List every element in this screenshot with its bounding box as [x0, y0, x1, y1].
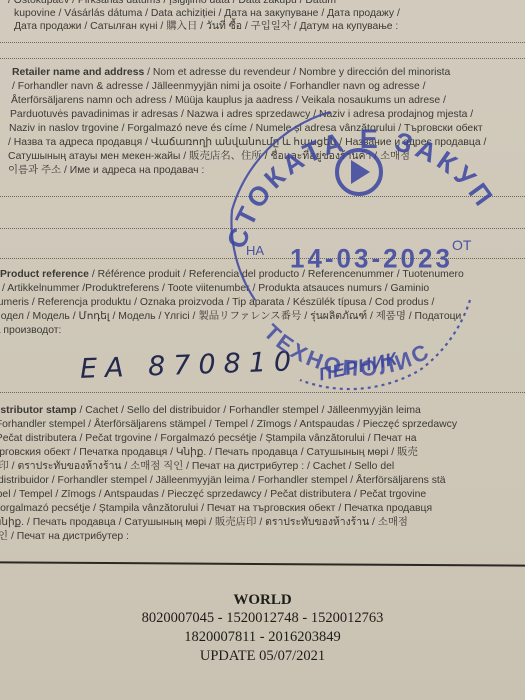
purchase-date-field[interactable] — [0, 42, 525, 43]
distributor-label-line: / Forgalmazó pecsétje / Ștampila vânzăto… — [0, 502, 432, 515]
stamp-date-prefix: НА — [246, 243, 264, 258]
distributor-heading: Distributor stamp — [0, 405, 77, 416]
product-label-line: за производот: — [0, 324, 61, 337]
footer-update: UPDATE 05/07/2021 — [0, 647, 525, 666]
product-label-text: / Référence produit / Referencia del pro… — [89, 269, 464, 280]
product-reference-handwritten[interactable]: EA 870810 — [80, 346, 300, 385]
footer-codes-2: 1820007811 - 2016203849 — [0, 628, 525, 647]
distributor-label-line: / Կնիք. / Печать продавца / Сатушының мө… — [0, 516, 408, 529]
retailer-label-line: Сатушының атауы мен мекен-жайы / 販売店名、住所… — [8, 150, 410, 163]
retailer-field[interactable] — [0, 196, 525, 197]
purchase-date-label-line: / Ostokupäev / Pirkšanas datums / Įsigij… — [8, 0, 336, 7]
distributor-label-line: / Pečat distributera / Pečat trgovine / … — [0, 432, 417, 445]
footer-codes-1: 8020007045 - 1520012748 - 1520012763 — [0, 609, 525, 628]
retailer-heading: Retailer name and address — [12, 67, 144, 78]
purchase-date-label-line: kupovine / Vásárlás dátuma / Data achizi… — [14, 7, 400, 20]
stamp-logo-icon — [351, 160, 370, 184]
retailer-label-line: 이름과 주소 / Име и адреса на продавач : — [8, 164, 204, 177]
purchase-date-field-2[interactable] — [0, 58, 525, 59]
distributor-label-line: mpel / Tempel / Zīmogs / Antspaudas / Pi… — [0, 488, 426, 501]
product-label-line: Модел / Модель / Մոդել / Модель / Үлгісі… — [0, 310, 461, 323]
purchase-date-label-line: Дата продажи / Сатылған күні / 購入日 / วัน… — [14, 20, 398, 33]
retailer-label-line: Parduotuvės pavadinimas ir adresas / Naz… — [10, 108, 473, 121]
retailer-field-3[interactable] — [0, 258, 525, 259]
distributor-label-line: търговския обект / Печатка продавця / Կն… — [0, 446, 418, 459]
stamp-date-suffix: ОТ — [452, 237, 472, 253]
distributor-label-line: Distributor stamp / Cachet / Sello del d… — [0, 404, 421, 417]
product-heading: Product reference — [0, 269, 89, 280]
distributor-label-line: 店印 / ตราประทับของห้างร้าน / 소매점 직인 / Печ… — [0, 460, 394, 473]
section-divider — [0, 561, 525, 566]
retailer-label-line: Naziv in naslov trgovine / Forgalmazó ne… — [9, 122, 483, 135]
distributor-label-line: / Forhandler stempel / Återförsäljarens … — [0, 418, 457, 431]
stamp-city: ПЕРНИК — [317, 348, 400, 384]
distributor-label-line: distribuidor / Forhandler stempel / Jäll… — [0, 474, 446, 487]
retailer-label-line: / Назва та адреса продавця / Վաճառողի ան… — [8, 136, 486, 149]
retailer-label-text: / Nom et adresse du revendeur / Nombre y… — [144, 67, 450, 78]
product-label-line: numeris / Referencja produktu / Oznaka p… — [0, 296, 434, 309]
retailer-label-line: Retailer name and address / Nom et adres… — [12, 66, 450, 79]
footer-title: WORLD — [0, 592, 525, 609]
product-label-line: / Artikkelnummer /Produktreferens / Toot… — [2, 282, 429, 295]
product-label-line: Product reference / Référence produit / … — [0, 268, 464, 281]
distributor-label-line: 직인 / Печат на дистрибутер : — [0, 530, 129, 543]
retailer-label-line: Återförsäljarens namn och adress / Müüja… — [11, 94, 446, 107]
retailer-field-2[interactable] — [0, 228, 525, 229]
distributor-label-text: / Cachet / Sello del distribuidor / Forh… — [77, 405, 421, 416]
retailer-label-line: / Forhandler navn & adresse / Jälleenmyy… — [12, 80, 426, 93]
product-reference-field[interactable] — [0, 392, 525, 393]
footer-block: WORLD 8020007045 - 1520012748 - 15200127… — [0, 592, 525, 666]
